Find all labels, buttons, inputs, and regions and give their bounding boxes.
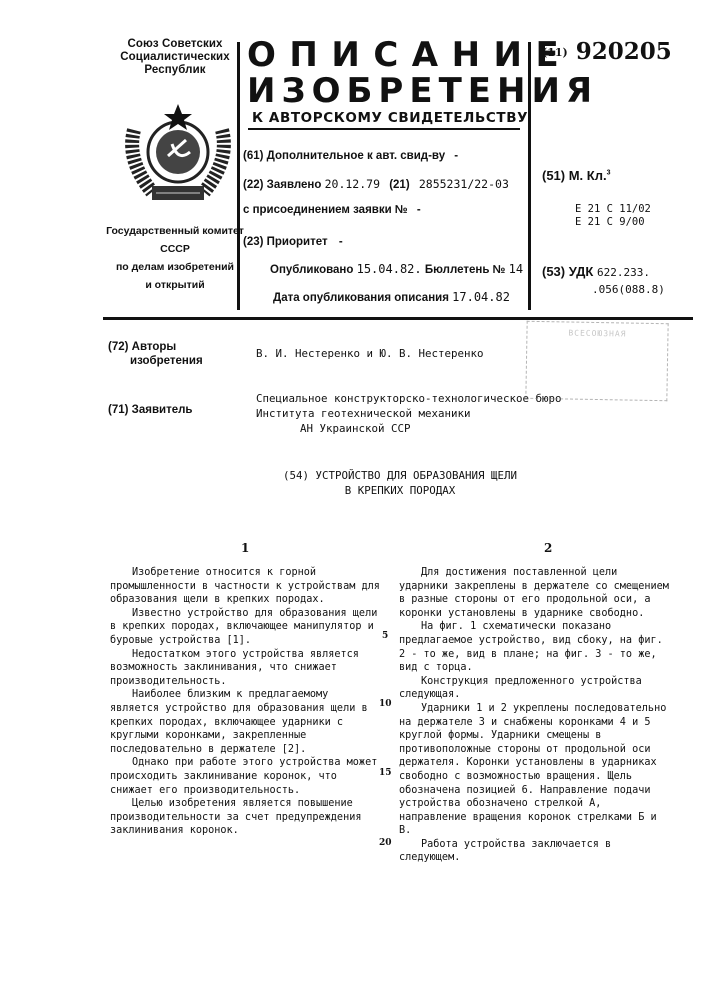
org-line: Республик [100,64,250,77]
field-22-21: (22) Заявлено 20.12.79 (21) 2855231/22-0… [243,177,509,191]
line-number: 15 [379,768,392,778]
paragraph: На фиг. 1 схематически показано предлага… [399,620,669,674]
org-line: Социалистических [100,51,250,64]
authors: В. И. Нестеренко и Ю. В. Нестеренко [256,347,484,360]
paragraph: Работа устройства заключается в следующе… [399,838,669,865]
field-61: (61) Дополнительное к авт. свид-ву - [243,150,458,162]
ipc-codes: Е 21 С 11/02 Е 21 С 9/00 [575,203,651,229]
divider [237,42,240,310]
patent-number: (11) 920205 [542,38,672,65]
committee-line: и открытий [100,276,250,294]
document-title: ОПИСАНИЕ [247,38,572,72]
committee-line: по делам изобретений [100,258,250,276]
issuing-state: Союз Советских Социалистических Республи… [100,38,250,77]
field-join: с присоединением заявки № - [243,204,421,216]
applicant-label: (71) Заявитель [108,404,193,416]
line-number: 20 [379,838,392,848]
column-number: 1 [241,541,249,555]
field-23: (23) Приоритет - [243,236,343,248]
paragraph: Известно устройство для образования щели… [110,607,380,648]
field-desc-date: Дата опубликования описания 17.04.82 [273,290,510,304]
paragraph: Конструкция предложенного устройства сле… [399,675,669,702]
ipc-code: Е 21 С 9/00 [575,216,651,229]
library-stamp: ВСЕСОЮЗНАЯ [525,321,668,401]
paragraph: Изобретение относится к горной промышлен… [110,566,380,607]
committee-block: Государственный комитет СССР по делам из… [100,222,250,294]
field-published: Опубликовано 15.04.82. Бюллетень № 14 [270,262,523,276]
document-subtitle: К АВТОРСКОМУ СВИДЕТЕЛЬСТВУ [252,110,528,126]
authors-label: (72) Авторы изобретения [108,340,203,368]
udc-label: (53) УДК 622.233. [542,264,650,279]
ipc-label: (51) М. Кл.3 [542,168,611,183]
document-title: ИЗОБРЕТЕНИЯ [247,74,598,108]
applicant: Специальное конструкторско-технологическ… [256,391,562,436]
udc-code: .056(088.8) [592,283,665,296]
column-2: Для достижения поставленной цели ударник… [399,566,669,865]
ipc-code: Е 21 С 11/02 [575,203,651,216]
ussr-emblem-icon [112,100,244,210]
line-number: 5 [382,631,388,641]
org-line: Союз Советских [100,38,250,51]
paragraph: Для достижения поставленной цели ударник… [399,566,669,620]
invention-title: (54) УСТРОЙСТВО ДЛЯ ОБРАЗОВАНИЯ ЩЕЛИ В К… [150,468,650,498]
paragraph: Наиболее близким к предлагаемому являетс… [110,688,380,756]
paragraph: Ударники 1 и 2 укреплены последовательно… [399,702,669,838]
divider [248,128,520,130]
paragraph: Целью изобретения является повышение про… [110,797,380,838]
committee-line: Государственный комитет [100,222,250,240]
paragraph: Однако при работе этого устройства может… [110,756,380,797]
column-1: Изобретение относится к горной промышлен… [110,566,380,838]
column-number: 2 [544,541,552,555]
divider [103,317,693,320]
committee-line: СССР [100,240,250,258]
line-number: 10 [379,699,392,709]
paragraph: Недостатком этого устройства является во… [110,648,380,689]
